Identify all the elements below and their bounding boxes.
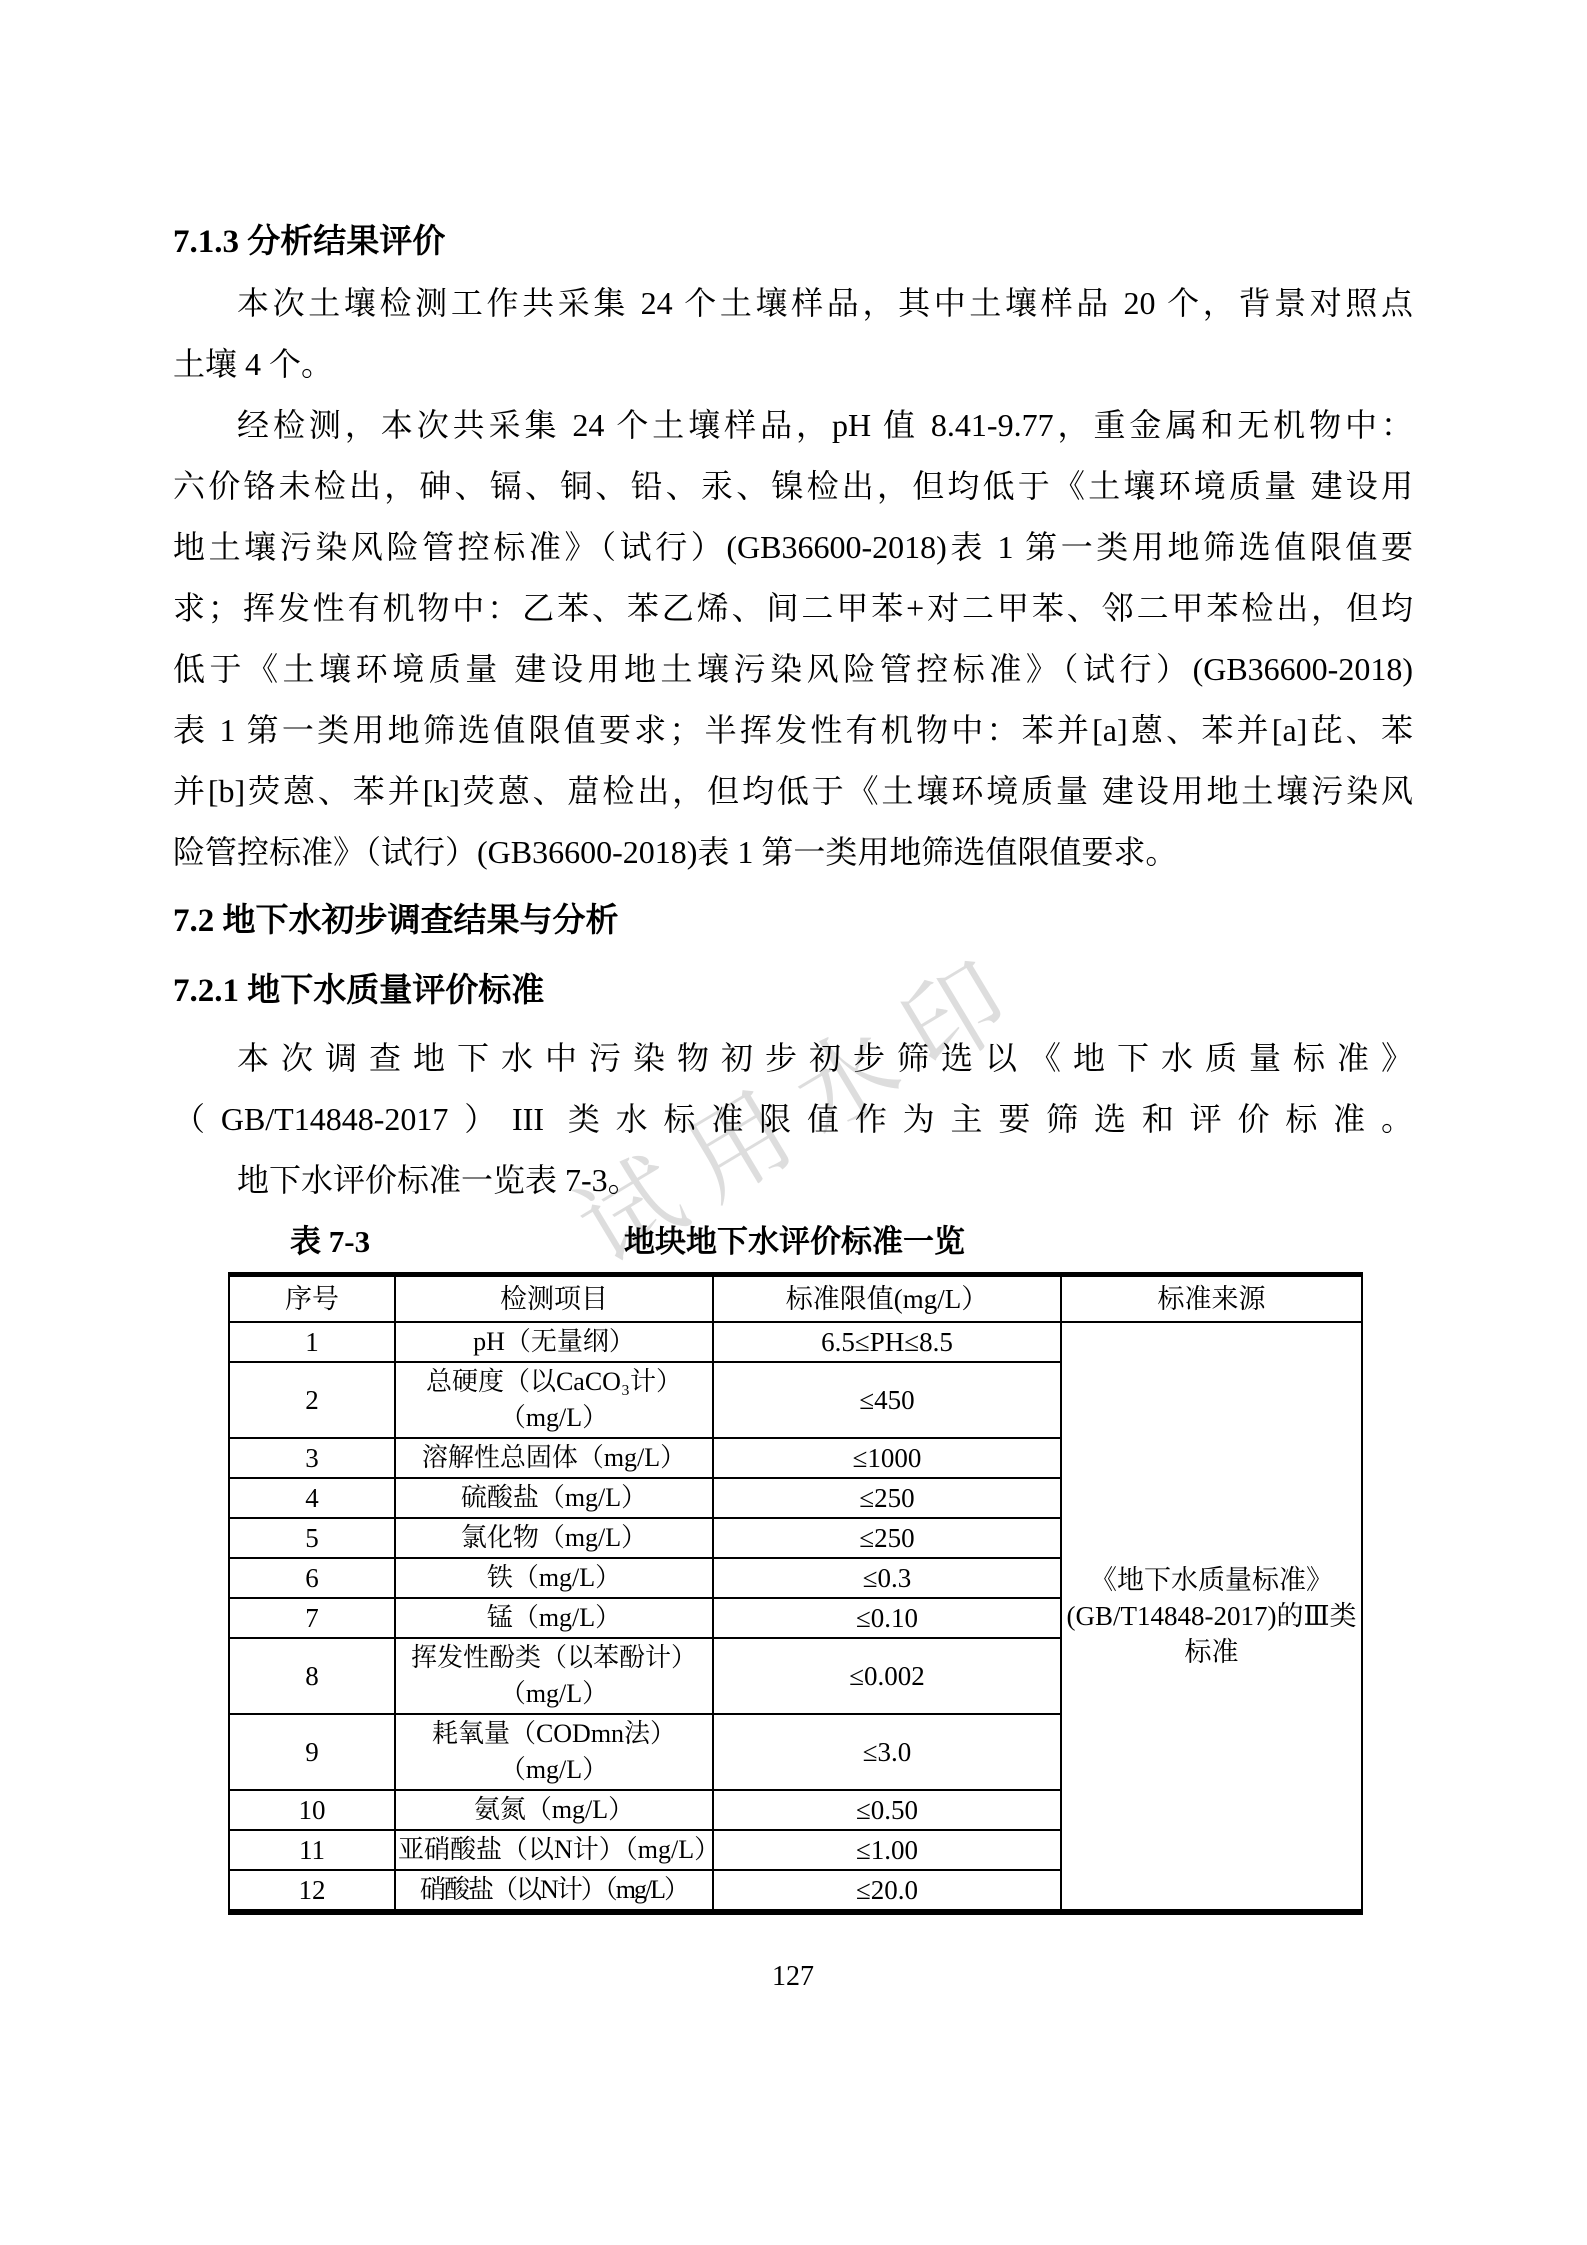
text-line: 险管控标准》（试行）(GB36600-2018)表 1 第一类用地筛选值限值要求… <box>173 822 1413 883</box>
item-cell: 硝酸盐（以N计）（mg/L） <box>395 1870 713 1912</box>
table-header-row: 序号 检测项目 标准限值(mg/L） 标准来源 <box>229 1275 1362 1323</box>
item-cell: 硫酸盐（mg/L） <box>395 1478 713 1518</box>
row-number-cell: 1 <box>229 1322 395 1362</box>
row-number-cell: 2 <box>229 1362 395 1438</box>
standard-source-cell: 《地下水质量标准》(GB/T14848-2017)的Ⅲ类标准 <box>1061 1322 1362 1912</box>
item-cell: 氨氮（mg/L） <box>395 1790 713 1830</box>
col-header-limit: 标准限值(mg/L） <box>713 1275 1061 1323</box>
limit-cell: ≤250 <box>713 1478 1061 1518</box>
document-page: 试用水印 7.1.3 分析结果评价 本次土壤检测工作共采集 24 个土壤样品，其… <box>0 0 1587 2245</box>
item-cell: 亚硝酸盐（以N计）（mg/L） <box>395 1830 713 1870</box>
item-cell: 挥发性酚类（以苯酚计）（mg/L） <box>395 1638 713 1714</box>
paragraph-table-reference: 地下水评价标准一览表 7-3。 <box>173 1150 1413 1211</box>
item-cell: 锰（mg/L） <box>395 1598 713 1638</box>
item-cell: pH（无量纲） <box>395 1322 713 1362</box>
table-caption: 表 7-3 地块地下水评价标准一览 <box>228 1211 1361 1272</box>
paragraph-soil-sampling: 本次土壤检测工作共采集 24 个土壤样品，其中土壤样品 20 个，背景对照点 土… <box>173 273 1413 395</box>
item-cell: 总硬度（以CaCO₃计）（mg/L） <box>395 1362 713 1438</box>
heading-7-1-3: 7.1.3 分析结果评价 <box>173 212 1413 273</box>
col-header-no: 序号 <box>229 1275 395 1323</box>
text-line: 经检测，本次共采集 24 个土壤样品，pH 值 8.41-9.77，重金属和无机… <box>173 395 1413 456</box>
row-number-cell: 7 <box>229 1598 395 1638</box>
limit-cell: ≤0.3 <box>713 1558 1061 1598</box>
text-line: 并[b]荧蒽、苯并[k]荧蒽、䓛检出，但均低于《土壤环境质量 建设用地土壤污染风 <box>173 761 1413 822</box>
page-number: 127 <box>173 1957 1413 1997</box>
limit-cell: ≤1000 <box>713 1438 1061 1478</box>
table-row: 1pH（无量纲）6.5≤PH≤8.5《地下水质量标准》(GB/T14848-20… <box>229 1322 1362 1362</box>
text-line: 表 1 第一类用地筛选值限值要求；半挥发性有机物中：苯并[a]蒽、苯并[a]芘、… <box>173 700 1413 761</box>
row-number-cell: 4 <box>229 1478 395 1518</box>
row-number-cell: 12 <box>229 1870 395 1912</box>
text-line: 本次调查地下水中污染物初步初步筛选以《地下水质量标准》 <box>173 1028 1413 1089</box>
limit-cell: 6.5≤PH≤8.5 <box>713 1322 1061 1362</box>
text-line: （GB/T14848-2017）III 类水标准限值作为主要筛选和评价标准。 <box>173 1089 1413 1150</box>
col-header-item: 检测项目 <box>395 1275 713 1323</box>
limit-cell: ≤3.0 <box>713 1714 1061 1790</box>
limit-cell: ≤450 <box>713 1362 1061 1438</box>
heading-7-2-1: 7.2.1 地下水质量评价标准 <box>173 961 1413 1022</box>
text-line: 六价铬未检出，砷、镉、铜、铅、汞、镍检出，但均低于《土壤环境质量 建设用 <box>173 456 1413 517</box>
groundwater-standards-table: 序号 检测项目 标准限值(mg/L） 标准来源 1pH（无量纲）6.5≤PH≤8… <box>228 1272 1363 1915</box>
item-cell: 溶解性总固体（mg/L） <box>395 1438 713 1478</box>
limit-cell: ≤0.002 <box>713 1638 1061 1714</box>
limit-cell: ≤0.10 <box>713 1598 1061 1638</box>
row-number-cell: 8 <box>229 1638 395 1714</box>
paragraph-soil-results: 经检测，本次共采集 24 个土壤样品，pH 值 8.41-9.77，重金属和无机… <box>173 395 1413 883</box>
col-header-source: 标准来源 <box>1061 1275 1362 1323</box>
text-line: 地土壤污染风险管控标准》（试行）(GB36600-2018)表 1 第一类用地筛… <box>173 517 1413 578</box>
row-number-cell: 11 <box>229 1830 395 1870</box>
row-number-cell: 3 <box>229 1438 395 1478</box>
text-line: 土壤 4 个。 <box>173 334 1413 395</box>
document-content: 7.1.3 分析结果评价 本次土壤检测工作共采集 24 个土壤样品，其中土壤样品… <box>173 212 1413 1997</box>
item-cell: 氯化物（mg/L） <box>395 1518 713 1558</box>
limit-cell: ≤1.00 <box>713 1830 1061 1870</box>
text-line: 本次土壤检测工作共采集 24 个土壤样品，其中土壤样品 20 个，背景对照点 <box>173 273 1413 334</box>
paragraph-groundwater-standard: 本次调查地下水中污染物初步初步筛选以《地下水质量标准》 （GB/T14848-2… <box>173 1028 1413 1150</box>
text-line: 求；挥发性有机物中：乙苯、苯乙烯、间二甲苯+对二甲苯、邻二甲苯检出，但均 <box>173 578 1413 639</box>
table-title: 地块地下水评价标准一览 <box>228 1211 1361 1272</box>
text-line: 低于《土壤环境质量 建设用地土壤污染风险管控标准》（试行）(GB36600-20… <box>173 639 1413 700</box>
row-number-cell: 10 <box>229 1790 395 1830</box>
limit-cell: ≤0.50 <box>713 1790 1061 1830</box>
row-number-cell: 5 <box>229 1518 395 1558</box>
row-number-cell: 9 <box>229 1714 395 1790</box>
heading-7-2: 7.2 地下水初步调查结果与分析 <box>173 891 1413 952</box>
limit-cell: ≤250 <box>713 1518 1061 1558</box>
item-cell: 耗氧量（CODmn法）（mg/L） <box>395 1714 713 1790</box>
limit-cell: ≤20.0 <box>713 1870 1061 1912</box>
row-number-cell: 6 <box>229 1558 395 1598</box>
text-line: 地下水评价标准一览表 7-3。 <box>173 1150 1413 1211</box>
item-cell: 铁（mg/L） <box>395 1558 713 1598</box>
